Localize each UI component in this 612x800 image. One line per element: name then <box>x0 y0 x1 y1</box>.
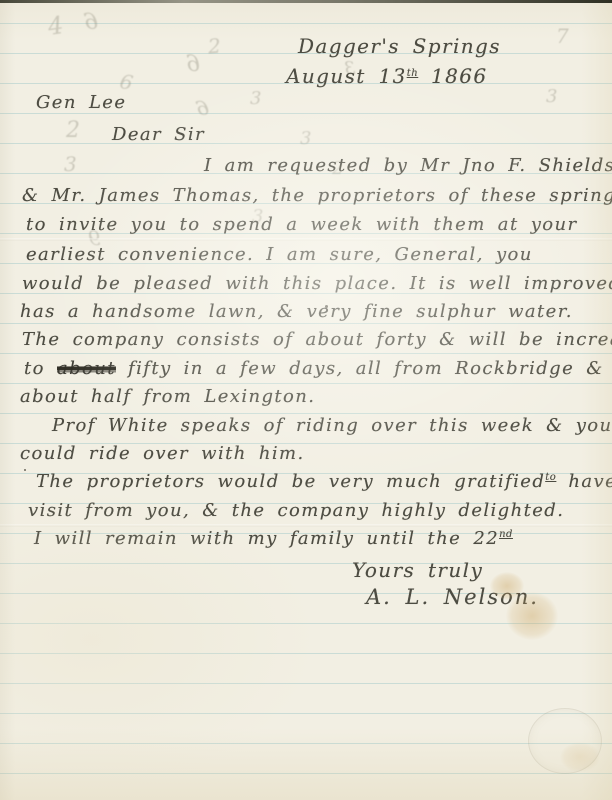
body-text: The proprietors would be very much grati… <box>36 471 545 492</box>
bleed-through-mark: 6 <box>186 52 200 77</box>
body-line: I am requested by Mr Jno F. Shields <box>204 155 612 176</box>
recipient-line: Gen Lee <box>36 92 126 113</box>
date-superscript: th <box>407 68 418 79</box>
fold-crease <box>0 238 612 241</box>
bleed-through-mark: 3 <box>64 152 77 176</box>
body-text: have a <box>556 471 612 492</box>
closing-line: Yours truly <box>352 558 483 582</box>
body-line: I will remain with my family until the 2… <box>34 528 513 549</box>
body-line: would be pleased with this place. It is … <box>22 273 612 294</box>
bleed-through-mark: 3 <box>300 128 311 149</box>
inserted-word: to <box>545 472 556 483</box>
body-line: to invite you to spend a week with them … <box>26 214 578 235</box>
embossed-seal-mark <box>528 708 602 774</box>
body-text: to <box>24 358 57 379</box>
body-text: I will remain with my family until the 2… <box>34 528 499 549</box>
body-line: about half from Lexington. <box>20 386 315 407</box>
body-line: Prof White speaks of riding over this we… <box>52 415 612 436</box>
body-line: visit from you, & the company highly del… <box>28 500 564 521</box>
letter-page: 4 6 2 6 7 3 3 2 3 3 6 2 3 9 3 6 Dagger's… <box>0 0 612 800</box>
bleed-through-mark: 6 <box>83 9 100 35</box>
body-line: earliest convenience. I am sure, General… <box>26 244 533 265</box>
bleed-through-mark: 7 <box>556 24 569 48</box>
struck-out-word: about <box>57 358 116 379</box>
bleed-through-mark: 4 <box>46 11 65 41</box>
ink-speck <box>24 469 26 471</box>
body-text: fifty in a few days, all from Rockbridge… <box>116 358 604 379</box>
bleed-through-mark: 2 <box>207 34 221 59</box>
date-year: 1866 <box>418 64 487 88</box>
date-line: August 13th 1866 <box>286 64 487 88</box>
body-line: could ride over with him. <box>20 443 305 464</box>
scan-top-edge <box>0 0 612 3</box>
place-line: Dagger's Springs <box>298 34 501 58</box>
bleed-through-mark: 3 <box>546 86 557 107</box>
bleed-through-mark: 6 <box>194 95 211 121</box>
signature-line: A. L. Nelson. <box>366 585 539 609</box>
paper-stain <box>560 742 600 772</box>
body-line: & Mr. James Thomas, the proprietors of t… <box>22 185 612 206</box>
body-line: The company consists of about forty & wi… <box>22 329 612 350</box>
bleed-through-mark: 3 <box>250 88 261 109</box>
body-line-with-insertion: The proprietors would be very much grati… <box>36 471 612 492</box>
body-line: has a handsome lawn, & very fine sulphur… <box>20 301 573 322</box>
bleed-through-mark: 2 <box>66 118 80 143</box>
body-line-with-strikethrough: to about fifty in a few days, all from R… <box>24 358 604 379</box>
fold-crease <box>0 524 612 527</box>
ordinal-superscript: nd <box>499 529 513 540</box>
salutation-line: Dear Sir <box>112 124 205 145</box>
date-text: August 13 <box>286 64 407 88</box>
